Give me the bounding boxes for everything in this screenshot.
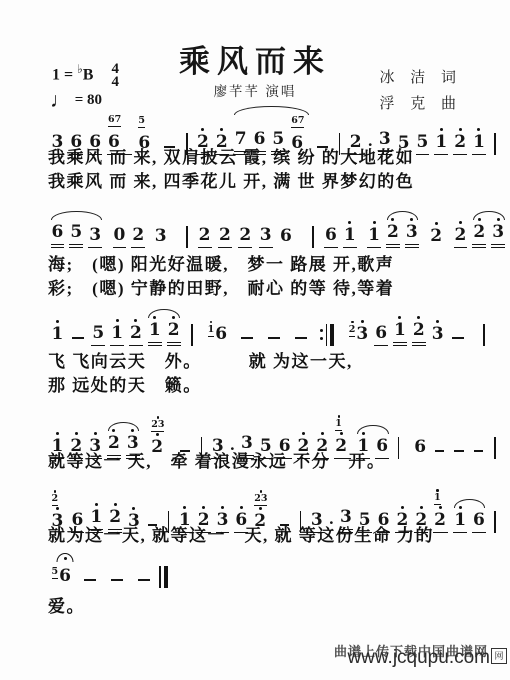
dash-extension xyxy=(111,579,123,581)
dash-extension xyxy=(84,579,96,581)
repeat-barline xyxy=(320,324,334,346)
grace-note: 2 xyxy=(52,494,59,506)
note: 16 xyxy=(207,324,228,346)
barline xyxy=(312,226,314,248)
composer-credit: 浮 克 曲 xyxy=(379,92,462,113)
note: 3 xyxy=(431,324,445,346)
tempo-marking: ♩ = 80 xyxy=(50,88,102,113)
final-barline xyxy=(159,566,167,588)
lyric-line: 飞 飞向云天 外。 就 为这一天, xyxy=(48,347,506,372)
note: 2 xyxy=(218,225,232,248)
sheet-music-page: { "header": { "title": "乘风而来", "performe… xyxy=(0,0,510,680)
note: 6 xyxy=(279,226,293,248)
slur-group: 23 xyxy=(384,222,422,248)
barline xyxy=(191,324,193,346)
grace-note: 1 xyxy=(434,493,441,505)
note: 6 xyxy=(51,222,65,248)
note: 3 xyxy=(154,226,168,248)
dash-extension xyxy=(268,337,280,339)
barline xyxy=(483,324,485,346)
note: 2 xyxy=(238,225,252,248)
note: 1 xyxy=(51,324,65,346)
note: 1 xyxy=(367,225,381,248)
key-note: B xyxy=(83,66,94,83)
note: 6 xyxy=(374,323,388,346)
lyric-line: 我乘风 而 来, 双肩披云 霞, 缤 纷 的大地花如 xyxy=(48,143,506,168)
time-signature: 4 4 xyxy=(111,63,119,89)
lyricist-credit: 冰 洁 词 xyxy=(379,66,462,87)
note: 2 xyxy=(386,222,400,248)
watermark-logo-box: 网 xyxy=(491,648,507,664)
dash-extension xyxy=(452,337,464,339)
note: 2 xyxy=(412,320,426,346)
tempo-value: = 80 xyxy=(75,92,102,108)
slur-group: 23 xyxy=(470,222,508,248)
note: 2 xyxy=(472,222,486,248)
grace-note: 1 xyxy=(335,419,342,431)
note: 1 xyxy=(343,225,357,248)
note: 23 xyxy=(348,324,369,346)
dash-extension xyxy=(241,337,253,339)
lyric-line: 爱。 xyxy=(48,592,506,617)
note: 1 xyxy=(148,320,162,346)
meter-bottom: 4 xyxy=(111,74,119,90)
note: 3 xyxy=(88,225,102,248)
note: 3 xyxy=(259,225,273,248)
barline xyxy=(186,226,188,248)
grace-note: 5 xyxy=(52,567,59,579)
key-signature: 1 = ♭B 4 4 xyxy=(52,62,119,89)
lyric-line: 那 远处的天 籁。 xyxy=(48,371,506,396)
dash-extension xyxy=(295,337,307,339)
note: 1 xyxy=(110,323,124,346)
dash-extension xyxy=(72,337,84,339)
grace-note: 23 xyxy=(151,420,164,432)
note: 2 xyxy=(198,225,212,248)
grace-note: 67 xyxy=(108,115,121,127)
note: 3 xyxy=(491,222,505,248)
dash-extension xyxy=(138,579,150,581)
note: 2 xyxy=(167,320,181,346)
lyric-line: 海; (嗯) 阳光好温暖, 梦一 路展 开,歌声 xyxy=(48,250,506,275)
note: 56 xyxy=(51,566,72,588)
note: 2 xyxy=(129,323,143,346)
grace-note: 67 xyxy=(291,116,304,128)
music-line-3: 15121216236123 xyxy=(48,320,502,346)
note: 6 xyxy=(324,225,338,248)
key-prefix: 1 = xyxy=(52,66,77,83)
lyric-line: 就等这一 天, 牵 着浪漫永远 不分 开。 xyxy=(48,447,506,472)
grace-note: 1 xyxy=(208,325,215,337)
watermark-url: www.jcqupu.com xyxy=(347,647,490,669)
music-line-6: 56 xyxy=(48,566,502,588)
fermata-icon xyxy=(57,553,74,562)
slur-group: 12 xyxy=(145,320,183,346)
note: 5 xyxy=(69,222,83,248)
note: 1 xyxy=(393,320,407,346)
note: 3 xyxy=(405,222,419,248)
note: 5 xyxy=(91,323,105,346)
note: 0 xyxy=(113,225,127,248)
note: 2 xyxy=(454,225,468,248)
music-line-2: 65302322236611232223 xyxy=(48,222,502,248)
grace-note: 23 xyxy=(254,494,267,506)
slur-group: 653 xyxy=(48,222,105,248)
note: 2 xyxy=(131,225,145,248)
note: 2 xyxy=(429,226,443,248)
grace-note: 5 xyxy=(138,116,145,128)
lyric-line: 就为这一天, 就等这一 天, 就 等这份生命 力的 xyxy=(48,521,506,546)
lyric-line: 我乘风 而 来, 四季花儿 开, 满 世 界梦幻的色 xyxy=(48,167,506,192)
quarter-note-icon: ♩ xyxy=(50,88,71,112)
lyric-line: 彩; (嗯) 宁静的田野, 耐心 的等 待,等着 xyxy=(48,274,506,299)
grace-note: 2 xyxy=(349,325,356,337)
